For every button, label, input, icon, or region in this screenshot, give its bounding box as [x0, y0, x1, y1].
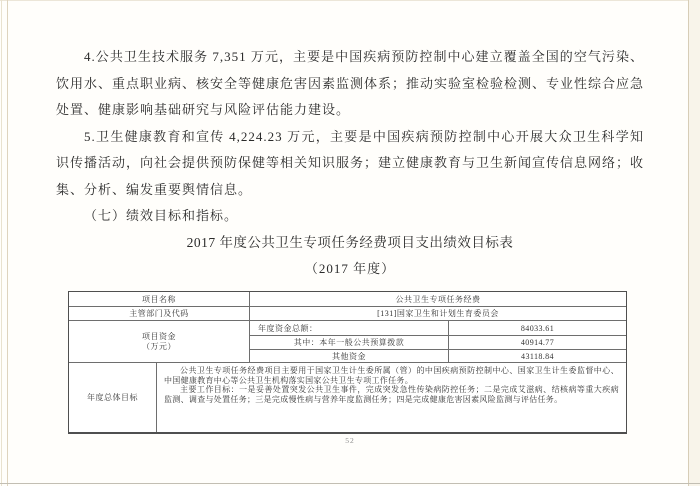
- document-page: 4.公共卫生技术服务 7,351 万元，主要是中国疾病预防控制中心建立覆盖全国的…: [0, 0, 700, 486]
- annual-goal-text: 公共卫生专项任务经费项目主要用于国家卫生计生委所属（管）的中国疾病预防控制中心、…: [157, 363, 626, 432]
- table-row-department: 主管部门及代码 [131]国家卫生和计划生育委员会: [69, 306, 626, 320]
- section-heading: （七）绩效目标和指标。: [56, 203, 644, 230]
- funds-subrows: 年度资金总额： 84033.61 其中：本年一般公共预算拨款 40914.77 …: [250, 321, 626, 362]
- page-number: 52: [0, 436, 700, 445]
- project-name-label: 项目名称: [69, 292, 250, 306]
- funds-row-total: 年度资金总额： 84033.61: [250, 321, 626, 335]
- performance-target-table: 项目名称 公共卫生专项任务经费 主管部门及代码 [131]国家卫生和计划生育委员…: [68, 291, 627, 434]
- funds-budget-value: 40914.77: [449, 336, 626, 349]
- funds-row-budget: 其中：本年一般公共预算拨款 40914.77: [250, 335, 626, 349]
- funds-budget-name: 其中：本年一般公共预算拨款: [250, 336, 449, 349]
- funds-row-other: 其他资金 43118.84: [250, 349, 626, 363]
- funds-other-value: 43118.84: [449, 350, 626, 363]
- project-name-value: 公共卫生专项任务经费: [250, 292, 626, 306]
- table-row-project-name: 项目名称 公共卫生专项任务经费: [69, 292, 626, 306]
- body-paragraph-4: 4.公共卫生技术服务 7,351 万元，主要是中国疾病预防控制中心建立覆盖全国的…: [56, 44, 644, 124]
- annual-goal-paragraph-1: 公共卫生专项任务经费项目主要用于国家卫生计生委所属（管）的中国疾病预防控制中心、…: [164, 366, 619, 385]
- annual-goal-paragraph-2: 主要工作目标：一是妥善处置突发公共卫生事件，完成突发急性传染病防控任务；二是完成…: [164, 385, 619, 404]
- funds-total-value: 84033.61: [449, 321, 626, 335]
- table-title: 2017 年度公共卫生专项任务经费项目支出绩效目标表: [56, 230, 644, 257]
- table-row-annual-goal: 年度总体目标 公共卫生专项任务经费项目主要用于国家卫生计生委所属（管）的中国疾病…: [69, 362, 626, 432]
- body-text-column: 4.公共卫生技术服务 7,351 万元，主要是中国疾病预防控制中心建立覆盖全国的…: [56, 44, 644, 283]
- funds-other-name: 其他资金: [250, 350, 449, 363]
- table-subtitle: （2017 年度）: [56, 256, 644, 283]
- funds-label: 项目资金 （万元）: [69, 321, 250, 362]
- funds-total-name: 年度资金总额：: [250, 321, 449, 335]
- funds-label-line1: 项目资金: [142, 332, 176, 342]
- body-paragraph-5: 5.卫生健康教育和宣传 4,224.23 万元，主要是中国疾病预防控制中心开展大…: [56, 124, 644, 204]
- annual-goal-label: 年度总体目标: [69, 363, 157, 432]
- department-value: [131]国家卫生和计划生育委员会: [250, 307, 626, 320]
- department-label: 主管部门及代码: [69, 307, 250, 320]
- table-row-funds: 项目资金 （万元） 年度资金总额： 84033.61 其中：本年一般公共预算拨款…: [69, 320, 626, 362]
- funds-label-line2: （万元）: [142, 342, 176, 352]
